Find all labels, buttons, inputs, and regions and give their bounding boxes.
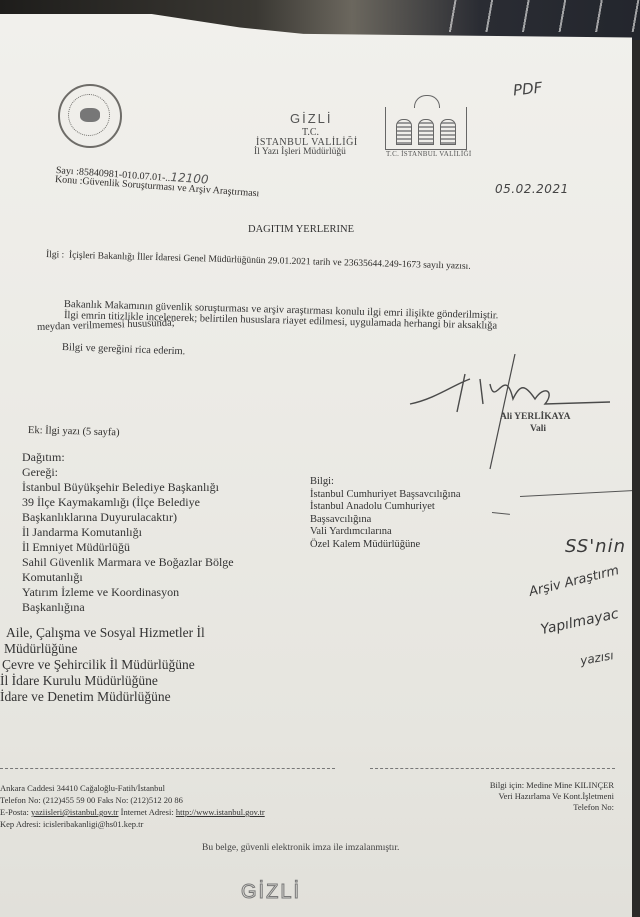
- list-item: Özel Kalem Müdürlüğüne: [310, 539, 460, 552]
- classification-header: GİZLİ: [290, 111, 333, 126]
- list-item: İstanbul Büyükşehir Belediye Başkanlığı: [22, 480, 234, 495]
- governorship-building-icon: [385, 107, 467, 150]
- governorship-seal-icon: [58, 84, 122, 148]
- classification-stamp-footer: GİZLİ: [241, 881, 301, 904]
- list-item: İstanbul Anadolu Cumhuriyet: [310, 501, 460, 514]
- list-item: İdare ve Denetim Müdürlüğüne: [0, 689, 205, 705]
- email-label: E-Posta:: [0, 807, 29, 817]
- footer-divider-left: [0, 768, 335, 770]
- footer-kep: Kep Adresi: icisleribakanligi@hs01.kep.t…: [0, 818, 265, 830]
- list-item: Başkanlıklarına Duyurulacaktır): [22, 510, 234, 525]
- ilgi-label: İlgi :: [46, 250, 64, 261]
- list-item: 39 İlçe Kaymakamlığı (İlçe Belediye: [22, 495, 234, 510]
- distribution-action-list: Dağıtım: Gereği: İstanbul Büyükşehir Bel…: [22, 450, 234, 615]
- footer-phone: Telefon No: (212)455 59 00 Faks No: (212…: [0, 794, 265, 806]
- footer-contact-block: Ankara Caddesi 34410 Cağaloğlu-Fatih/İst…: [0, 782, 265, 830]
- list-item: İl Jandarma Komutanlığı: [22, 525, 234, 540]
- handwritten-pdf-note: PDF: [512, 79, 543, 100]
- list-item: Sahil Güvenlik Marmara ve Boğazlar Bölge: [22, 555, 234, 570]
- contact-role: Veri Hazırlama Ve Kont.İşletmeni: [490, 791, 614, 802]
- list-item: Komutanlığı: [22, 570, 234, 585]
- contact-person: Bilgi için: Medine Mine KILINÇER: [490, 780, 614, 791]
- distribution-action-list-continued: Aile, Çalışma ve Sosyal Hizmetler İl Müd…: [0, 625, 205, 705]
- handwritten-date: 05.02.2021: [495, 182, 569, 196]
- contact-phone: Telefon No:: [490, 802, 614, 813]
- esignature-notice: Bu belge, güvenli elektronik imza ile im…: [202, 843, 399, 853]
- email-link[interactable]: yaziisleri@istanbul.gov.tr: [31, 807, 119, 817]
- handwritten-margin-note: Yapılmayac: [539, 606, 620, 638]
- website-link[interactable]: http://www.istanbul.gov.tr: [176, 807, 265, 817]
- footer-info-contact: Bilgi için: Medine Mine KILINÇER Veri Ha…: [490, 780, 614, 813]
- handwritten-margin-note: Arşiv Araştırm: [528, 563, 621, 600]
- distribution-info-list: Bilgi: İstanbul Cumhuriyet Başsavcılığın…: [310, 476, 460, 551]
- list-item: Vali Yardımcılarına: [310, 526, 460, 539]
- footer-address: Ankara Caddesi 34410 Cağaloğlu-Fatih/İst…: [0, 782, 265, 794]
- list-item: İl Emniyet Müdürlüğü: [22, 540, 234, 555]
- konu-label: Konu: [55, 174, 78, 187]
- body-closing: Bilgi ve gereğini rica ederim.: [62, 342, 186, 357]
- pen-stroke: [520, 490, 640, 497]
- building-caption: T.C. İSTANBUL VALİLİĞİ: [386, 150, 472, 158]
- handwritten-margin-note: SS'nin: [565, 536, 626, 557]
- list-item: Çevre ve Şehircilik İl Müdürlüğüne: [0, 657, 205, 673]
- web-label: İnternet Adresi:: [121, 807, 174, 817]
- addressee: DAGITIM YERLERINE: [248, 224, 354, 235]
- ilgi-text: İçişleri Bakanlığı İller İdaresi Genel M…: [69, 251, 471, 272]
- list-item: Başkanlığına: [22, 600, 234, 615]
- document-page: GİZLİ T.C. İSTANBUL VALİLİĞİ İl Yazı İşl…: [0, 14, 632, 917]
- department-name: İl Yazı İşleri Müdürlüğü: [254, 147, 346, 157]
- list-item: Aile, Çalışma ve Sosyal Hizmetler İl: [0, 625, 205, 641]
- reference-line: İlgi : İçişleri Bakanlığı İller İdaresi …: [46, 250, 471, 272]
- signatory-title: Vali: [530, 424, 546, 434]
- handwritten-margin-note: yazısı: [579, 648, 615, 668]
- signatory-name: Ali YERLİKAYA: [500, 412, 570, 422]
- info-label: Bilgi:: [310, 476, 460, 489]
- body-paragraph: meydan verilmemesi hususunda;: [37, 318, 175, 333]
- list-item: İl İdare Kurulu Müdürlüğüne: [0, 673, 205, 689]
- footer-divider-right: [370, 768, 615, 770]
- list-item: Müdürlüğüne: [0, 641, 205, 657]
- list-item: İstanbul Cumhuriyet Başsavcılığına: [310, 489, 460, 502]
- pen-stroke: [492, 512, 510, 515]
- striped-fabric-background: [420, 0, 640, 32]
- list-item: Yatırım İzleme ve Koordinasyon: [22, 585, 234, 600]
- footer-email-web: E-Posta: yaziisleri@istanbul.gov.tr İnte…: [0, 806, 265, 818]
- action-label: Gereği:: [22, 465, 234, 480]
- distribution-label: Dağıtım:: [22, 450, 234, 465]
- attachment-note: Ek: İlgi yazı (5 sayfa): [28, 425, 120, 438]
- list-item: Başsavcılığına: [310, 514, 460, 527]
